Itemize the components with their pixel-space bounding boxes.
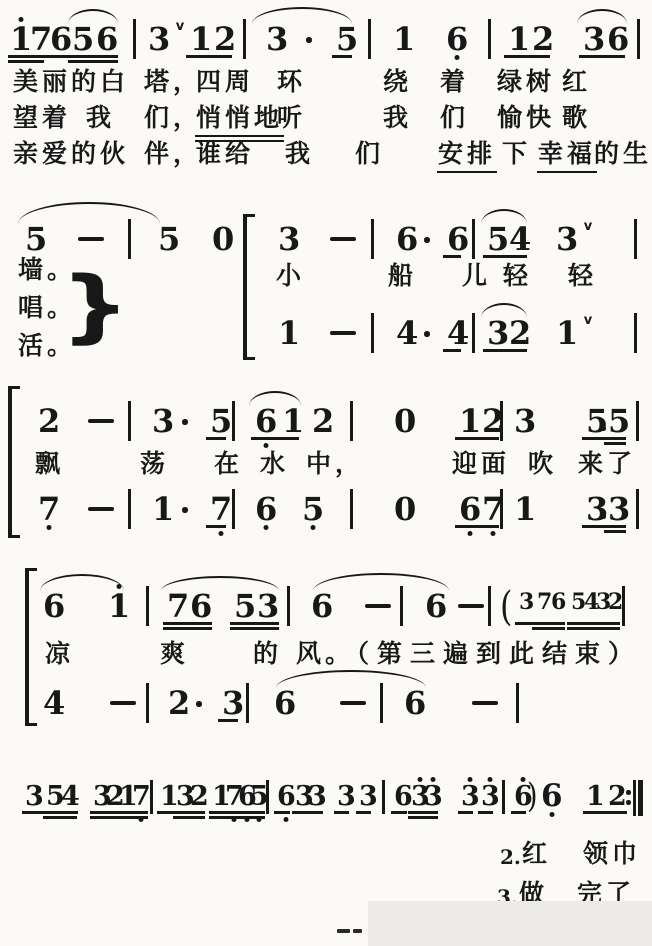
beam-line	[408, 811, 438, 814]
note-digit: (	[500, 590, 512, 623]
verse-label: 2.	[500, 846, 521, 869]
note-digit: 3	[222, 690, 244, 716]
lyric-text: 迎面	[452, 450, 510, 479]
slur-arc	[313, 573, 449, 591]
beam-line	[163, 627, 212, 630]
barline	[146, 683, 149, 723]
beam-line	[163, 622, 212, 625]
note-digit: 6	[50, 26, 72, 52]
barline	[502, 780, 505, 814]
barline	[287, 586, 290, 626]
repeat-end-barline	[626, 780, 644, 816]
barline	[350, 401, 353, 441]
lyric-text: 儿	[462, 262, 491, 291]
note-digit: 6	[394, 786, 413, 808]
score-stage: 176563v1235161236美丽的白塔，四周环绕着绿树红望着我们，悄悄地听…	[0, 0, 652, 946]
beam-line	[455, 525, 499, 528]
octave-dot-below	[219, 531, 224, 536]
lyric-text: 我	[383, 104, 412, 133]
lyric-text: 们	[355, 140, 384, 169]
beam-line	[68, 60, 118, 63]
beam-line	[209, 816, 265, 819]
lyric-text: 我	[86, 104, 115, 133]
note-digit: 5	[336, 26, 358, 52]
barline	[634, 313, 637, 353]
lyric-text: 安排	[438, 140, 496, 169]
barline	[634, 219, 637, 259]
barline	[246, 683, 249, 723]
note-digit: 6	[274, 690, 296, 716]
lyric-underline	[437, 171, 497, 173]
beam-line	[206, 437, 226, 440]
dash-note	[458, 604, 484, 608]
slur-arc	[68, 9, 118, 24]
octave-dot-below	[311, 525, 316, 530]
slur-arc	[18, 202, 160, 224]
breath-mark: v	[176, 14, 184, 40]
note-digit: 3	[514, 408, 536, 434]
note-digit: 0	[212, 226, 234, 252]
beam-line	[292, 811, 323, 814]
slur-arc	[481, 209, 527, 224]
barline	[371, 219, 374, 259]
note-digit: 3	[152, 408, 174, 434]
scan-artifact-mark	[353, 929, 362, 933]
barline	[516, 683, 519, 723]
note-digit: 3	[461, 786, 480, 808]
note-digit: 2	[38, 408, 60, 434]
note-digit: 6	[425, 593, 447, 619]
lyric-text: 亲爱的伙	[13, 140, 129, 169]
barline	[637, 19, 640, 59]
beam-line	[90, 816, 148, 819]
beam-line	[567, 622, 620, 625]
beam-line	[532, 627, 565, 630]
lyric-text: 来了	[578, 450, 636, 479]
barline	[622, 586, 625, 626]
note-digit: 4	[61, 786, 80, 808]
beam-line	[511, 811, 526, 814]
barline	[350, 489, 353, 529]
beam-line	[274, 811, 290, 814]
augmentation-dot	[306, 37, 312, 43]
lyric-text: 歌	[562, 104, 591, 133]
lyric-text: 愉快	[497, 104, 555, 133]
barline	[472, 219, 475, 259]
note-digit: 7	[30, 26, 52, 52]
lyric-text: 们，	[144, 104, 202, 133]
verse-label: 领巾	[583, 840, 641, 869]
note-digit: 6	[190, 593, 212, 619]
beam-line	[218, 719, 238, 722]
octave-dot-above	[488, 777, 493, 782]
note-digit: 1	[108, 593, 130, 619]
note-digit: 7	[38, 496, 60, 522]
note-digit: 5	[302, 496, 324, 522]
octave-dot-above	[521, 777, 526, 782]
lyric-text: 们	[440, 104, 469, 133]
beam-line	[173, 816, 205, 819]
lyric-text: 四周	[196, 68, 254, 97]
beam-line	[157, 811, 205, 814]
lyric-text: 望着	[13, 104, 71, 133]
lyric-text: 飘	[35, 450, 64, 479]
octave-dot-above	[418, 777, 423, 782]
note-digit: )	[527, 783, 538, 811]
beam-line	[186, 55, 232, 58]
barline	[128, 489, 131, 529]
slur-arc	[40, 574, 124, 591]
barline	[382, 780, 385, 814]
note-digit: 1	[514, 496, 536, 522]
barline	[133, 19, 136, 59]
breath-mark: v	[584, 308, 592, 334]
octave-dot-below	[264, 443, 269, 448]
system-bracket	[25, 568, 37, 726]
note-digit: 0	[394, 408, 416, 434]
note-digit: 6	[446, 26, 468, 52]
octave-dot-above	[431, 777, 436, 782]
note-digit: 1	[508, 26, 530, 52]
note-digit: 3	[608, 496, 630, 522]
slur-arc	[252, 7, 352, 24]
note-digit: 1	[190, 26, 212, 52]
lyric-text: 中，	[306, 450, 364, 479]
lyric-text: 环	[277, 68, 306, 97]
beam-line	[458, 811, 473, 814]
beam-line	[483, 349, 527, 352]
dash-note	[365, 604, 391, 608]
note-digit: 5	[158, 226, 180, 252]
note-digit: 6	[551, 593, 566, 611]
beam-line	[443, 255, 461, 258]
note-digit: 3	[481, 786, 500, 808]
barline	[128, 219, 131, 259]
barline	[266, 780, 269, 814]
beam-line	[356, 811, 371, 814]
note-digit: 3	[278, 226, 300, 252]
lyric-text: 的	[253, 640, 282, 669]
lyric-text: 谁给	[196, 140, 254, 169]
lyric-text: 墙。	[18, 256, 76, 285]
note-digit: 0	[394, 496, 416, 522]
beam-line	[230, 622, 279, 625]
octave-dot-above	[19, 17, 24, 22]
note-digit: 5	[487, 226, 509, 252]
lyric-text: 悄悄地	[196, 104, 283, 133]
note-digit: 1	[10, 26, 32, 52]
augmentation-dot	[424, 237, 430, 243]
note-digit: 6	[43, 593, 65, 619]
system-bracket	[243, 214, 255, 360]
repeat-thick-bar	[638, 780, 643, 816]
beam-line	[8, 55, 118, 58]
note-digit: 7	[132, 786, 151, 808]
note-digit: 1	[586, 786, 605, 808]
note-digit: 3v	[148, 26, 170, 52]
lyric-text: 船	[388, 262, 417, 291]
lyric-text: 轻	[568, 262, 597, 291]
barline	[500, 401, 503, 441]
dash-note	[472, 701, 498, 705]
beam-line	[206, 525, 226, 528]
note-digit: 1	[282, 408, 304, 434]
octave-dot-below	[455, 55, 460, 60]
slur-arc	[161, 576, 279, 591]
beam-line	[22, 811, 78, 814]
note-digit: 5	[210, 408, 232, 434]
barline	[488, 19, 491, 59]
lyric-text: 伴，	[144, 140, 202, 169]
beam-line	[90, 811, 148, 814]
lyric-text: 幸福	[538, 140, 596, 169]
barline	[146, 586, 149, 626]
beam-line	[8, 60, 44, 63]
note-digit: 7	[167, 593, 189, 619]
slur-arc	[481, 303, 527, 318]
lyric-text: 凉	[45, 640, 74, 669]
beam-line	[332, 55, 352, 58]
note-digit: 3	[337, 786, 356, 808]
dash-note	[88, 419, 114, 423]
octave-dot-below	[284, 817, 289, 822]
dash-note	[88, 507, 114, 511]
beam-line	[504, 55, 550, 58]
beam-line	[334, 811, 349, 814]
lyric-text: 绕	[383, 68, 412, 97]
augmentation-dot	[182, 507, 188, 513]
beam-line	[604, 442, 626, 445]
barline	[150, 780, 153, 814]
note-digit: 6	[404, 690, 426, 716]
barline	[380, 683, 383, 723]
augmentation-dot	[196, 701, 202, 707]
lyric-underline	[195, 135, 284, 137]
octave-dot-below	[264, 525, 269, 530]
beam-line	[483, 255, 527, 258]
beam-line	[408, 816, 438, 819]
barline	[636, 489, 639, 529]
dash-note	[330, 331, 356, 335]
note-digit: 4	[43, 690, 65, 716]
note-digit: 2	[190, 786, 209, 808]
note-digit: 2	[214, 26, 236, 52]
barline	[400, 586, 403, 626]
note-digit: 3	[25, 786, 44, 808]
dash-note	[330, 237, 356, 241]
rhythm-dot	[601, 426, 606, 431]
lyric-text: 美丽的白	[13, 68, 129, 97]
barline	[488, 586, 491, 626]
barline	[232, 401, 235, 441]
note-digit: 2	[168, 690, 190, 716]
note-digit: 2	[608, 786, 627, 808]
note-digit: 1	[152, 496, 174, 522]
lyric-text: 吹	[528, 450, 557, 479]
barline	[636, 401, 639, 441]
note-digit: 3	[424, 786, 443, 808]
beam-line	[251, 437, 299, 440]
note-digit: 1v	[556, 320, 578, 346]
beam-line	[209, 811, 265, 814]
octave-dot-above	[468, 777, 473, 782]
barline	[472, 313, 475, 353]
lyric-text: 塔，	[144, 68, 202, 97]
repeat-thin-bar	[633, 780, 636, 816]
beam-line	[582, 437, 626, 440]
lyric-text: 唱。	[18, 294, 76, 323]
beam-line	[478, 811, 493, 814]
beam-line	[230, 627, 279, 630]
lyric-text: 荡	[140, 450, 169, 479]
octave-dot-below	[468, 531, 473, 536]
rhythm-dot	[601, 514, 606, 519]
dash-note	[110, 701, 136, 705]
note-digit: 3	[583, 26, 605, 52]
note-digit: 6	[541, 783, 563, 809]
repeat-dot	[626, 790, 631, 795]
repeat-dot	[626, 800, 631, 805]
note-digit: 1	[459, 408, 481, 434]
note-digit: 6	[311, 593, 333, 619]
note-digit: 1	[278, 320, 300, 346]
barline	[232, 489, 235, 529]
beam-line	[583, 811, 627, 814]
lyric-text: 爽	[160, 640, 189, 669]
slur-arc	[577, 9, 627, 24]
slur-arc	[276, 670, 426, 688]
system-bracket	[8, 386, 20, 538]
note-digit: 2	[312, 408, 334, 434]
dash-note	[340, 701, 366, 705]
beam-line	[515, 622, 565, 625]
note-digit: 5	[72, 26, 94, 52]
note-digit: 3	[359, 786, 378, 808]
lyric-text: 绿树	[497, 68, 555, 97]
note-digit: 5	[608, 408, 630, 434]
note-digit: 4	[509, 226, 531, 252]
lyric-text: 在	[214, 450, 243, 479]
beam-line	[455, 437, 499, 440]
augmentation-dot	[182, 419, 188, 425]
note-digit: 4	[447, 320, 469, 346]
note-digit: 3	[487, 320, 509, 346]
lyric-underline	[537, 171, 597, 173]
barline	[128, 401, 131, 441]
note-digit: 6	[459, 496, 481, 522]
lyric-text: 活。	[18, 332, 76, 361]
note-digit: 4	[396, 320, 418, 346]
beam-line	[391, 811, 407, 814]
lyric-text: 听	[277, 104, 306, 133]
augmentation-dot	[424, 331, 430, 337]
note-digit: 6	[396, 226, 418, 252]
note-digit: 2	[532, 26, 554, 52]
note-digit: 1	[393, 26, 415, 52]
note-digit: 5	[234, 593, 256, 619]
dash-note	[78, 237, 104, 241]
note-digit: 3v	[556, 226, 578, 252]
note-digit: 3	[257, 593, 279, 619]
barline	[243, 19, 246, 59]
scan-artifact-mark	[337, 929, 350, 933]
slur-arc	[249, 391, 301, 406]
scan-shade-region	[368, 901, 652, 946]
lyric-text: 水	[260, 450, 289, 479]
octave-dot-below	[47, 525, 52, 530]
beam-line	[604, 530, 626, 533]
note-digit: 5	[25, 226, 47, 252]
note-digit: 3	[308, 786, 327, 808]
lyric-text: 红	[562, 68, 591, 97]
beam-line	[579, 55, 625, 58]
note-digit: 6	[255, 496, 277, 522]
lyric-text: 的生	[594, 140, 652, 169]
note-digit: 3	[519, 593, 534, 611]
note-digit: 7	[210, 496, 232, 522]
lyric-text: 着	[440, 68, 469, 97]
note-digit: 3	[266, 26, 288, 52]
lyric-text: （第三遍到此结束）	[344, 640, 641, 669]
beam-line	[567, 627, 620, 630]
note-digit: 6	[255, 408, 277, 434]
beam-line	[582, 525, 626, 528]
note-digit: 2	[509, 320, 531, 346]
breath-mark: v	[584, 214, 592, 240]
barline	[371, 313, 374, 353]
lyric-text: 我	[285, 140, 314, 169]
beam-line	[443, 349, 461, 352]
note-digit: 6	[277, 786, 296, 808]
lyric-text: 下	[502, 140, 531, 169]
lyric-text: 小	[276, 262, 305, 291]
verse-label: 红	[522, 840, 551, 869]
note-digit: 6	[607, 26, 629, 52]
note-digit: 6	[447, 226, 469, 252]
lyric-text: 轻	[503, 262, 532, 291]
octave-dot-below	[491, 531, 496, 536]
barline	[500, 489, 503, 529]
note-digit: 6	[96, 26, 118, 52]
barline	[368, 19, 371, 59]
beam-line	[43, 816, 77, 819]
octave-dot-below	[549, 812, 554, 817]
